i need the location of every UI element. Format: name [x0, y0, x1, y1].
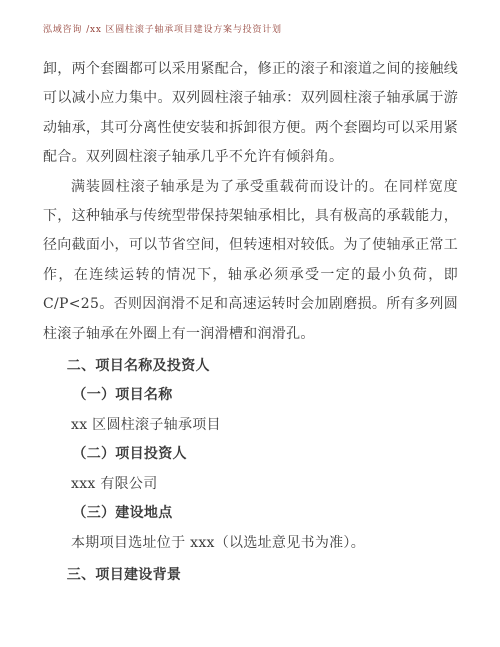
brand-text: 泓域咨询	[43, 25, 82, 35]
subsection-heading-construction-site: （三）建设地点	[43, 499, 458, 528]
header-document-title: /xx 区圆柱滚子轴承项目建设方案与投资计划	[86, 25, 282, 35]
section-heading-project-background: 三、项目建设背景	[43, 561, 458, 590]
paragraph-location-value: 本期项目选址位于 xxx（以选址意见书为准）。	[43, 529, 458, 558]
document-body: 卸，两个套圈都可以采用紧配合，修正的滚子和滚道之间的接触线可以减小应力集中。双列…	[43, 55, 458, 590]
section-heading-project-name-and-investor: 二、项目名称及投资人	[43, 352, 458, 381]
subsection-heading-project-name: （一）项目名称	[43, 381, 458, 410]
paragraph-full-complement-bearing: 满装圆柱滚子轴承是为了承受重载荷而设计的。在同样宽度下，这种轴承与传统型带保持架…	[43, 173, 458, 349]
document-page: 泓域咨询/xx 区圆柱滚子轴承项目建设方案与投资计划 卸，两个套圈都可以采用紧配…	[0, 0, 500, 647]
subsection-heading-project-investor: （二）项目投资人	[43, 440, 458, 469]
paragraph-bearing-continuation: 卸，两个套圈都可以采用紧配合，修正的滚子和滚道之间的接触线可以减小应力集中。双列…	[43, 55, 458, 173]
page-header: 泓域咨询/xx 区圆柱滚子轴承项目建设方案与投资计划	[43, 24, 458, 36]
paragraph-investor-value: xxx 有限公司	[43, 470, 458, 499]
paragraph-project-name-value: xx 区圆柱滚子轴承项目	[43, 411, 458, 440]
